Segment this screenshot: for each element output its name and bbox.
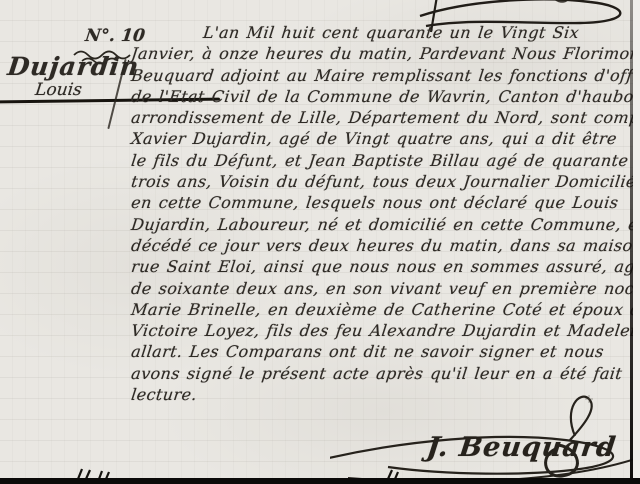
pencil-check-mark: [584, 394, 594, 404]
act-line: en cette Commune, lesquels nous ont décl…: [130, 192, 640, 213]
act-line: trois ans, Voisin du défunt, tous deux J…: [130, 171, 640, 192]
page-edge-paper: [633, 0, 640, 484]
act-line: allart. Les Comparans ont dit ne savoir …: [130, 341, 640, 362]
act-line: Dujardin, Laboureur, né et domicilié en …: [130, 214, 640, 235]
act-line: Marie Brinelle, en deuxième de Catherine…: [130, 299, 640, 320]
act-line: rue Saint Eloi, ainsi que nous nous en s…: [130, 256, 640, 277]
act-line: avons signé le présent acte après qu'il …: [130, 363, 640, 384]
officer-signature: J. Beuquard: [425, 432, 618, 463]
act-line: Xavier Dujardin, agé de Vingt quatre ans…: [130, 128, 640, 149]
act-line: décédé ce jour vers deux heures du matin…: [130, 235, 640, 256]
document-scan: N°. 10 Dujardin Louis L'an Mil huit cent…: [0, 0, 640, 484]
page-binding-edge-line: [630, 0, 633, 484]
act-line: arrondissement de Lille, Département du …: [130, 107, 640, 128]
act-line: de l'Etat Civil de la Commune de Wavrin,…: [130, 86, 640, 107]
scan-bottom-edge-bar: [0, 478, 640, 484]
act-line: Beuquard adjoint au Maire remplissant le…: [130, 65, 640, 86]
act-body: L'an Mil huit cent quarante un le Vingt …: [130, 22, 638, 405]
margin-given-name: Louis: [34, 80, 83, 100]
act-line: Victoire Loyez, fils des feu Alexandre D…: [130, 320, 640, 341]
act-line: le fils du Défunt, et Jean Baptiste Bill…: [130, 150, 640, 171]
act-line: L'an Mil huit cent quarante un le Vingt …: [130, 22, 640, 43]
act-line: de soixante deux ans, en son vivant veuf…: [130, 278, 640, 299]
act-line: Janvier, à onze heures du matin, Pardeva…: [130, 43, 640, 64]
next-act-letter-fragments: [0, 465, 640, 479]
